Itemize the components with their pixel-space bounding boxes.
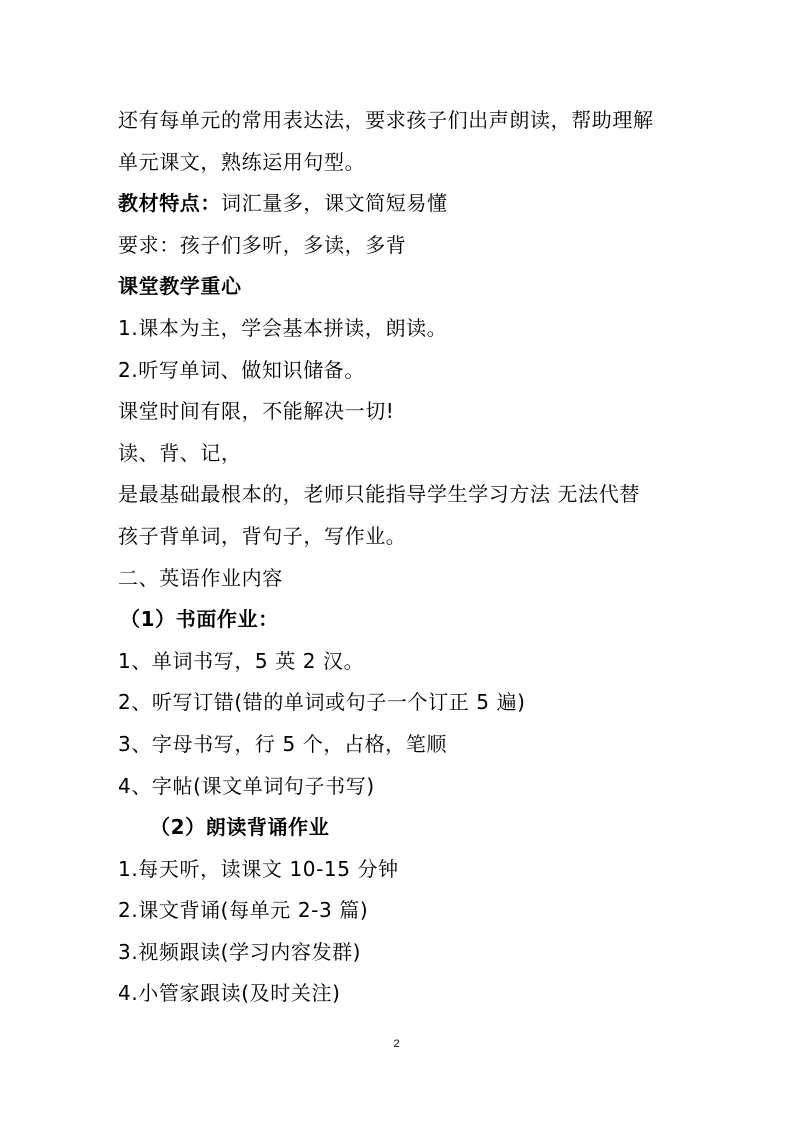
list-item: 3、字母书写，行 5 个，占格，笔顺 <box>118 724 678 766</box>
list-item: 2、听写订错(错的单词或句子一个订正 5 遍) <box>118 682 678 724</box>
requirements-line: 要求：孩子们多听，多读，多背 <box>118 225 678 267</box>
paragraph-line: 还有每单元的常用表达法，要求孩子们出声朗读，帮助理解 <box>118 100 678 142</box>
textbook-features-label: 教材特点： <box>118 191 221 215</box>
list-item: 4、字帖(课文单词句子书写) <box>118 766 678 808</box>
list-item: 2.课文背诵(每单元 2-3 篇) <box>118 890 678 932</box>
paragraph-line: 是最基础最根本的，老师只能指导学生学习方法 无法代替 <box>118 474 678 516</box>
list-item: 1.每天听，读课文 10-15 分钟 <box>118 849 678 891</box>
textbook-features-line: 教材特点：词汇量多，课文简短易懂 <box>118 183 678 225</box>
list-item: 3.视频跟读(学习内容发群) <box>118 932 678 974</box>
list-item: 4.小管家跟读(及时关注) <box>118 973 678 1015</box>
paragraph-line: 读、背、记， <box>118 433 678 475</box>
subsection-heading-reading-recitation: （2）朗读背诵作业 <box>118 807 678 849</box>
section-heading-classroom-focus: 课堂教学重心 <box>118 266 678 308</box>
textbook-features-text: 词汇量多，课文简短易懂 <box>221 191 448 215</box>
document-body: 还有每单元的常用表达法，要求孩子们出声朗读，帮助理解 单元课文，熟练运用句型。 … <box>118 100 678 1015</box>
paragraph-line: 孩子背单词，背句子，写作业。 <box>118 516 678 558</box>
document-page: 还有每单元的常用表达法，要求孩子们出声朗读，帮助理解 单元课文，熟练运用句型。 … <box>0 0 793 1122</box>
list-item: 1、单词书写，5 英 2 汉。 <box>118 641 678 683</box>
section-heading-homework-content: 二、英语作业内容 <box>118 558 678 600</box>
subsection-heading-written-homework: （1）书面作业： <box>118 599 678 641</box>
paragraph-line: 单元课文，熟练运用句型。 <box>118 142 678 184</box>
list-item: 2.听写单词、做知识储备。 <box>118 350 678 392</box>
paragraph-line: 课堂时间有限，不能解决一切! <box>118 391 678 433</box>
list-item: 1.课本为主，学会基本拼读，朗读。 <box>118 308 678 350</box>
page-number: 2 <box>0 1038 793 1050</box>
